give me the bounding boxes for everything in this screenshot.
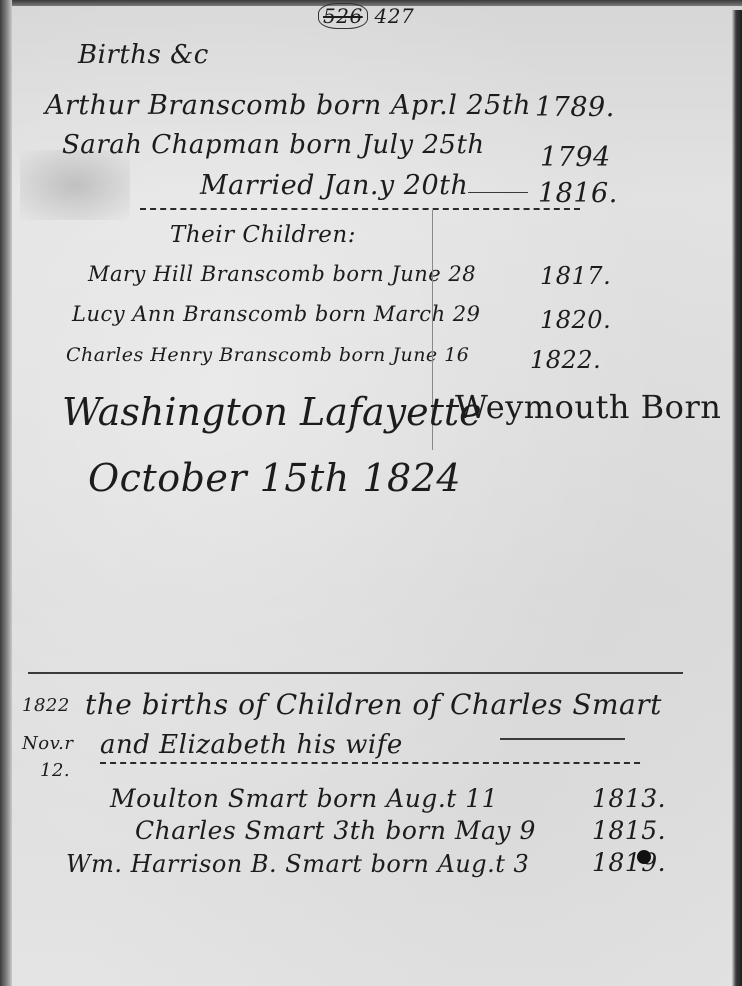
born-label: born [315,302,367,326]
child-entry: Moulton Smart born Aug.t 11 [110,784,498,813]
birth-date: June 28 [391,262,476,286]
smart-heading-line2: and Elizabeth his wife [100,730,403,760]
faded-marginal-note [20,150,130,220]
child-year: 1817. [540,262,611,290]
birth-date: May 9 [455,816,536,845]
born-label: born [339,344,386,366]
child-entry: Lucy Ann Branscomb born March 29 [72,302,481,326]
page-number-header: 526 427 [318,4,414,28]
married-entry: Married Jan.y 20th [200,170,468,201]
children-heading: Their Children: [170,222,356,248]
ink-blot [637,850,651,864]
child-year: 1813. [592,784,666,813]
child-year: 1819. [592,848,666,877]
born-label: born [332,262,384,286]
ledger-page: 526 427 Births &c Arthur Branscomb born … [0,0,742,986]
page-right-edge [732,10,742,986]
birth-date: June 16 [392,344,469,366]
person-name: Charles Smart 3th [135,816,377,845]
birth-date: March 29 [374,302,481,326]
parent-1-year: 1789. [535,92,615,123]
margin-note-month: Nov.r [22,733,73,754]
child-entry: Charles Smart 3th born May 9 [135,816,536,845]
parent-entry-2: Sarah Chapman born July 25th [62,130,485,160]
later-entry-line2: October 15th 1824 [88,456,461,500]
person-name: Moulton Smart [110,784,308,813]
birth-date: Aug.t 11 [386,784,498,813]
child-year: 1820. [540,306,611,334]
later-entry-suffix: Weymouth Born [455,388,721,426]
smart-heading-line1: the births of Children of Charles Smart [85,688,662,721]
child-year: 1822. [530,346,601,374]
page-number: 427 [375,4,415,28]
birth-date: Aug.t 3 [437,850,529,878]
later-entry-line1: Washington Lafayette [62,390,482,434]
married-dash [468,192,528,193]
person-name: Lucy Ann Branscomb [72,302,308,326]
person-name: Wm. Harrison B. Smart [66,850,362,878]
child-entry: Mary Hill Branscomb born June 28 [88,262,476,286]
child-year: 1815. [592,816,666,845]
margin-note-day: 12. [40,760,70,781]
margin-note-year: 1822 [22,695,70,716]
person-name: Arthur Branscomb [45,90,307,121]
child-entry: Charles Henry Branscomb born June 16 [66,344,469,366]
born-label: born [316,90,382,121]
married-year: 1816. [538,178,618,209]
birth-date: July 25th [361,130,484,160]
old-page-number: 526 [318,3,368,29]
person-name: Charles Henry Branscomb [66,344,332,366]
born-label: born [385,816,446,845]
child-entry: Wm. Harrison B. Smart born Aug.t 3 [66,850,529,878]
person-name: Mary Hill Branscomb [88,262,325,286]
born-label: born [371,850,430,878]
page-heading: Births &c [78,40,209,70]
heading-dash [500,738,625,740]
birth-date: Apr.l 25th [391,90,531,121]
born-label: born [317,784,378,813]
section-divider-dashed [140,208,580,210]
parent-2-year: 1794 [540,142,611,173]
parent-entry-1: Arthur Branscomb born Apr.l 25th [45,90,531,121]
person-name: Sarah Chapman [62,130,280,160]
born-label: born [289,130,352,160]
section-divider [28,672,683,674]
page-binding-edge [0,0,12,986]
section-divider-dashed [100,762,640,764]
